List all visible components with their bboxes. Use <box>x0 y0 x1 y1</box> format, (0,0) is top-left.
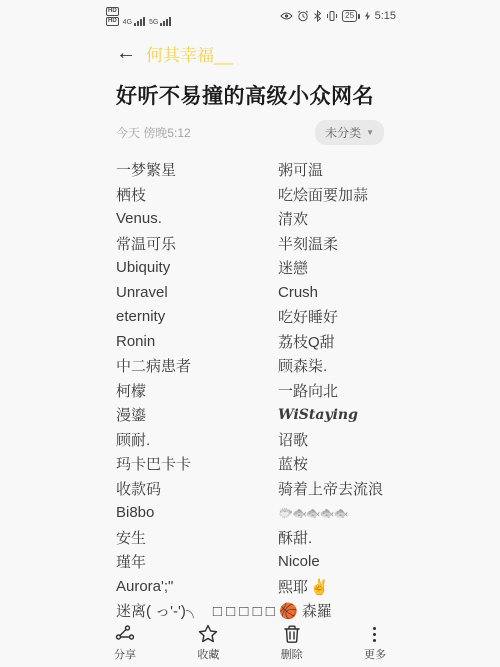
vibrate-icon <box>326 10 338 22</box>
status-bar: HD HD 4G 5G <box>100 0 400 29</box>
charging-icon <box>364 11 371 21</box>
nickname-right: 顾森柒. <box>278 355 327 376</box>
favorite-button[interactable]: 收藏 <box>197 624 219 662</box>
list-item: UnravelCrush <box>116 280 384 305</box>
nickname-left: Aurora';" <box>116 578 278 595</box>
nickname-left: 栖枝 <box>116 184 278 205</box>
nickname-right: 🐡🐟🐟🐟🐟 <box>278 506 348 520</box>
nickname-right: 半刻温柔 <box>278 233 338 254</box>
nickname-left: 安生 <box>116 527 278 548</box>
list-item: 顾耐.诏歌 <box>116 427 384 452</box>
nickname-left: 柯檬 <box>116 380 278 401</box>
nickname-right: WiStaying <box>278 407 358 423</box>
clock-time: 5:15 <box>375 10 396 22</box>
list-item: 柯檬一路向北 <box>116 378 384 403</box>
eye-comfort-icon <box>280 11 293 21</box>
list-item: 瑾年Nicole <box>116 550 384 575</box>
list-item: 一梦繁星粥可温 <box>116 158 384 183</box>
hd-badges: HD HD <box>106 7 119 26</box>
volte-hd-icon: HD <box>106 7 119 16</box>
nickname-left: 漫鎏 <box>116 404 278 425</box>
nickname-left: 玛卡巴卡卡 <box>116 453 278 474</box>
note-meta: 今天 傍晚5:12 未分类 ▼ <box>116 120 384 145</box>
nickname-right: 迷戀 <box>278 257 308 278</box>
note-timestamp: 今天 傍晚5:12 <box>116 124 191 141</box>
status-left: HD HD 4G 5G <box>106 7 171 26</box>
nickname-right: 骑着上帝去流浪 <box>278 478 383 499</box>
header: ← 何其幸福__ <box>100 29 400 68</box>
nickname-right: Crush <box>278 284 318 301</box>
list-item: Ubiquity迷戀 <box>116 256 384 281</box>
phone-screen: HD HD 4G 5G <box>100 0 400 667</box>
nickname-right: 清欢 <box>278 208 308 229</box>
chevron-down-icon: ▼ <box>366 128 374 137</box>
list-item: 安生酥甜. <box>116 525 384 550</box>
delete-button[interactable]: 删除 <box>281 624 303 662</box>
list-item: Ronin荔枝Q甜 <box>116 329 384 354</box>
list-item: eternity吃好睡好 <box>116 305 384 330</box>
nickname-left: 迷离( っ'-')╮ <box>116 600 201 621</box>
victory-hand-emoji: ✌ <box>310 579 329 596</box>
star-icon <box>198 624 218 644</box>
list-item: Bi8bo🐡🐟🐟🐟🐟 <box>116 501 384 526</box>
nickname-left: eternity <box>116 308 278 325</box>
nickname-right: 吃好睡好 <box>278 306 338 327</box>
list-item: Aurora';"熙耶✌ <box>116 574 384 599</box>
nickname-right: 诏歌 <box>278 429 308 450</box>
nickname-left: Unravel <box>116 284 278 301</box>
nickname-right: □ □ □ □ □ 🏀 森羅 <box>213 600 332 621</box>
nickname-left: Ubiquity <box>116 259 278 276</box>
screenshot-canvas: HD HD 4G 5G <box>0 0 500 667</box>
nickname-left: Ronin <box>116 333 278 350</box>
list-item: 玛卡巴卡卡蓝桉 <box>116 452 384 477</box>
bottom-toolbar: 分享 收藏 删除 更多 <box>100 623 400 667</box>
list-item: 漫鎏WiStaying <box>116 403 384 428</box>
nickname-right: 熙耶✌ <box>278 576 329 597</box>
nickname-right: 一路向北 <box>278 380 338 401</box>
more-button[interactable]: 更多 <box>364 624 386 662</box>
share-button[interactable]: 分享 <box>114 624 136 662</box>
nickname-left: Venus. <box>116 210 278 227</box>
nickname-left: Bi8bo <box>116 504 278 521</box>
signal-strength-icon: 5G <box>149 17 171 26</box>
nickname-left: 顾耐. <box>116 429 278 450</box>
bluetooth-icon <box>313 10 322 22</box>
back-arrow-icon[interactable]: ← <box>116 43 136 63</box>
nickname-right: 粥可温 <box>278 159 323 180</box>
list-item: Venus.清欢 <box>116 207 384 232</box>
kebab-menu-icon <box>365 624 385 644</box>
list-item: 收款码骑着上帝去流浪 <box>116 476 384 501</box>
nickname-left: 收款码 <box>116 478 278 499</box>
battery-percent: 25 <box>342 10 357 22</box>
category-dropdown[interactable]: 未分类 ▼ <box>315 120 384 145</box>
list-item: 常温可乐半刻温柔 <box>116 231 384 256</box>
nickname-left: 常温可乐 <box>116 233 278 254</box>
alarm-icon <box>297 10 309 22</box>
nickname-right: Nicole <box>278 553 320 570</box>
note-title: 好听不易撞的高级小众网名 <box>116 80 384 110</box>
nickname-left: 一梦繁星 <box>116 159 278 180</box>
nickname-left: 中二病患者 <box>116 355 278 376</box>
nickname-right: 酥甜. <box>278 527 312 548</box>
list-item: 中二病患者顾森柒. <box>116 354 384 379</box>
page-title: 何其幸福__ <box>146 41 233 66</box>
category-label: 未分类 <box>325 124 361 141</box>
nickname-left: 瑾年 <box>116 551 278 572</box>
note-body[interactable]: 一梦繁星粥可温栖枝吃烩面要加蒜Venus.清欢常温可乐半刻温柔Ubiquity迷… <box>116 158 384 624</box>
signal-strength-icon: 4G <box>123 17 145 26</box>
trash-icon <box>282 624 302 644</box>
status-right: 25 5:15 <box>280 10 396 22</box>
battery-icon: 25 <box>342 10 359 22</box>
list-item: 迷离( っ'-')╮□ □ □ □ □ 🏀 森羅 <box>116 599 384 624</box>
nickname-right: 蓝桉 <box>278 453 308 474</box>
volte-hd-icon: HD <box>106 17 119 26</box>
list-item: 栖枝吃烩面要加蒜 <box>116 182 384 207</box>
nickname-right: 荔枝Q甜 <box>278 331 335 352</box>
share-icon <box>115 624 135 644</box>
nickname-right: 吃烩面要加蒜 <box>278 184 368 205</box>
